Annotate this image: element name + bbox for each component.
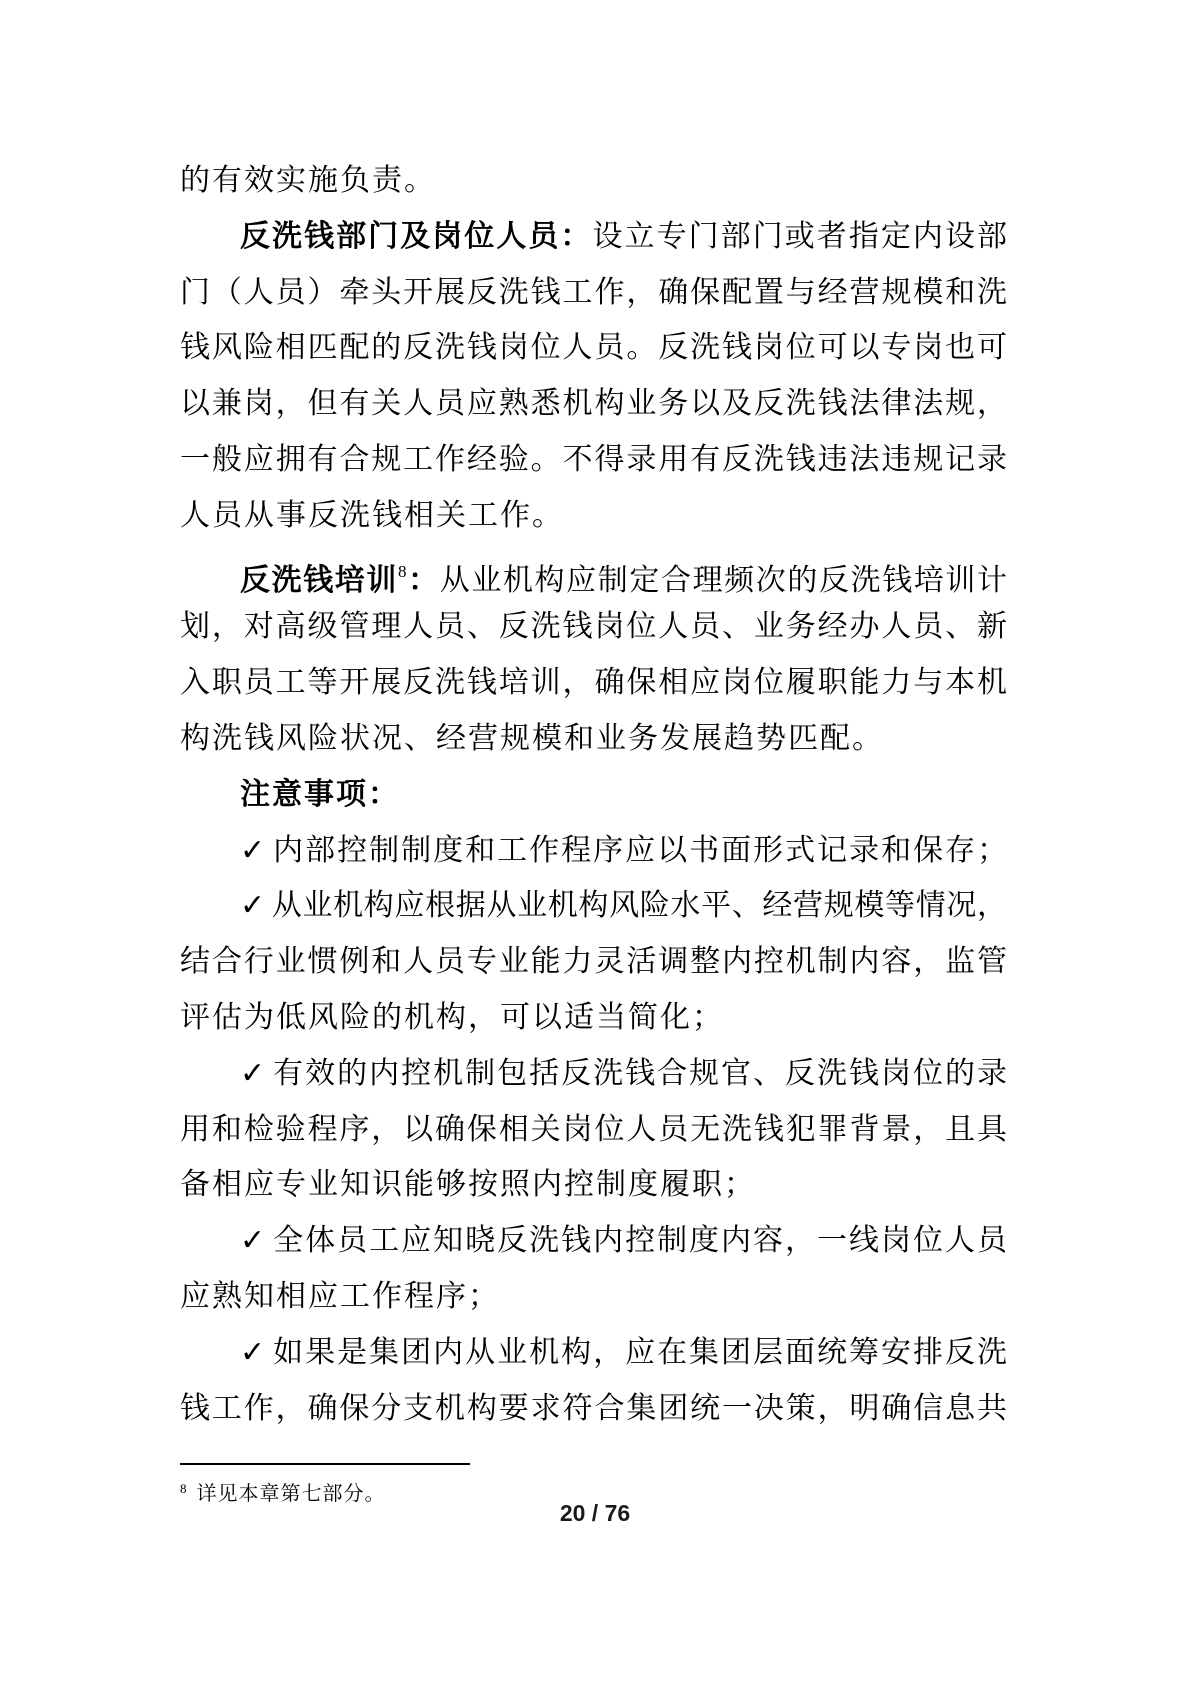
line-text: 有效的内控机制包括反洗钱合规官、反洗钱岗位的录 <box>273 1057 1007 1090</box>
line-text: 从业机构应制定合理频次的反洗钱培训计 <box>440 564 1007 597</box>
bold-lead: 反洗钱部门及岗位人员： <box>240 220 592 253</box>
checkmark-icon: ✓ <box>240 1057 267 1090</box>
line-text: 构洗钱风险状况、经营规模和业务发展趋势匹配。 <box>180 722 884 755</box>
footnote-reference: 8 <box>398 562 407 581</box>
line-text: 人员从事反洗钱相关工作。 <box>180 499 564 532</box>
line-text: 结合行业惯例和人员专业能力灵活调整内控机制内容，监管 <box>180 945 1007 978</box>
line-text: 用和检验程序，以确保相关岗位人员无洗钱犯罪背景，且具 <box>180 1113 1007 1146</box>
footnote-separator <box>180 1463 470 1465</box>
line-text: 钱风险相匹配的反洗钱岗位人员。反洗钱岗位可以专岗也可 <box>180 331 1007 364</box>
text-line: ✓内部控制制度和工作程序应以书面形式记录和保存； <box>180 823 1007 879</box>
line-text: 入职员工等开展反洗钱培训，确保相应岗位履职能力与本机 <box>180 666 1007 699</box>
line-text: 应熟知相应工作程序； <box>180 1280 500 1313</box>
text-line: ✓有效的内控机制包括反洗钱合规官、反洗钱岗位的录 <box>180 1046 1007 1102</box>
text-line: 评估为低风险的机构，可以适当简化； <box>180 990 1007 1046</box>
text-line: 钱工作，确保分支机构要求符合集团统一决策，明确信息共 <box>180 1381 1007 1437</box>
body-text: 的有效实施负责。反洗钱部门及岗位人员：设立专门部门或者指定内设部门（人员）牵头开… <box>180 153 1007 1436</box>
checkmark-icon: ✓ <box>240 1224 267 1257</box>
checkmark-icon: ✓ <box>240 1336 267 1369</box>
text-line: 入职员工等开展反洗钱培训，确保相应岗位履职能力与本机 <box>180 655 1007 711</box>
line-text: 一般应拥有合规工作经验。不得录用有反洗钱违法违规记录 <box>180 443 1007 476</box>
text-line: 备相应专业知识能够按照内控制度履职； <box>180 1157 1007 1213</box>
line-text: 全体员工应知晓反洗钱内控制度内容，一线岗位人员 <box>273 1224 1007 1257</box>
line-text: 划，对高级管理人员、反洗钱岗位人员、业务经办人员、新 <box>180 610 1007 643</box>
text-line: ✓如果是集团内从业机构，应在集团层面统筹安排反洗 <box>180 1325 1007 1381</box>
line-text: 内部控制制度和工作程序应以书面形式记录和保存； <box>273 834 1009 867</box>
text-line: 反洗钱培训8：从业机构应制定合理频次的反洗钱培训计 <box>180 544 1007 600</box>
line-text: 以兼岗，但有关人员应熟悉机构业务以及反洗钱法律法规， <box>180 387 1007 420</box>
text-line: 人员从事反洗钱相关工作。 <box>180 488 1007 544</box>
document-page: 的有效实施负责。反洗钱部门及岗位人员：设立专门部门或者指定内设部门（人员）牵头开… <box>0 0 1190 1683</box>
checkmark-icon: ✓ <box>240 889 266 922</box>
text-line: 构洗钱风险状况、经营规模和业务发展趋势匹配。 <box>180 711 1007 767</box>
line-text: 设立专门部门或者指定内设部 <box>592 220 1007 253</box>
bold-lead-colon: ： <box>407 564 440 597</box>
line-text: 门（人员）牵头开展反洗钱工作，确保配置与经营规模和洗 <box>180 276 1007 309</box>
checkmark-icon: ✓ <box>240 834 267 867</box>
bold-lead: 反洗钱培训 <box>240 564 398 597</box>
text-line: 的有效实施负责。 <box>180 153 1007 209</box>
line-text: 评估为低风险的机构，可以适当简化； <box>180 1001 724 1034</box>
line-text: 从业机构应根据从业机构风险水平、经营规模等情况， <box>272 889 1007 922</box>
page-number: 20 / 76 <box>0 1500 1190 1527</box>
line-text: 钱工作，确保分支机构要求符合集团统一决策，明确信息共 <box>180 1392 1007 1425</box>
text-line: 门（人员）牵头开展反洗钱工作，确保配置与经营规模和洗 <box>180 265 1007 321</box>
text-line: ✓全体员工应知晓反洗钱内控制度内容，一线岗位人员 <box>180 1213 1007 1269</box>
text-line: 一般应拥有合规工作经验。不得录用有反洗钱违法违规记录 <box>180 432 1007 488</box>
text-line: 反洗钱部门及岗位人员：设立专门部门或者指定内设部 <box>180 209 1007 265</box>
text-line: 钱风险相匹配的反洗钱岗位人员。反洗钱岗位可以专岗也可 <box>180 320 1007 376</box>
footnote-marker: 8 <box>180 1481 188 1496</box>
line-text: 备相应专业知识能够按照内控制度履职； <box>180 1168 756 1201</box>
text-line: 注意事项： <box>180 767 1007 823</box>
bold-lead: 注意事项： <box>240 778 400 811</box>
text-line: 用和检验程序，以确保相关岗位人员无洗钱犯罪背景，且具 <box>180 1102 1007 1158</box>
text-line: ✓从业机构应根据从业机构风险水平、经营规模等情况， <box>180 878 1007 934</box>
line-text: 的有效实施负责。 <box>180 164 436 197</box>
text-line: 划，对高级管理人员、反洗钱岗位人员、业务经办人员、新 <box>180 599 1007 655</box>
line-text: 如果是集团内从业机构，应在集团层面统筹安排反洗 <box>273 1336 1007 1369</box>
text-line: 以兼岗，但有关人员应熟悉机构业务以及反洗钱法律法规， <box>180 376 1007 432</box>
text-line: 应熟知相应工作程序； <box>180 1269 1007 1325</box>
text-line: 结合行业惯例和人员专业能力灵活调整内控机制内容，监管 <box>180 934 1007 990</box>
